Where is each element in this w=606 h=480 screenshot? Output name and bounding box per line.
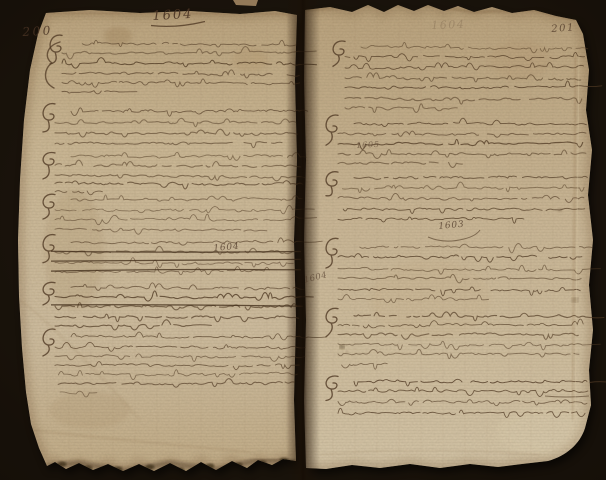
manuscript-scan-canvas bbox=[0, 0, 606, 480]
manuscript-photo: 200 1604 1604 201 1604 160416051603 bbox=[0, 0, 606, 480]
